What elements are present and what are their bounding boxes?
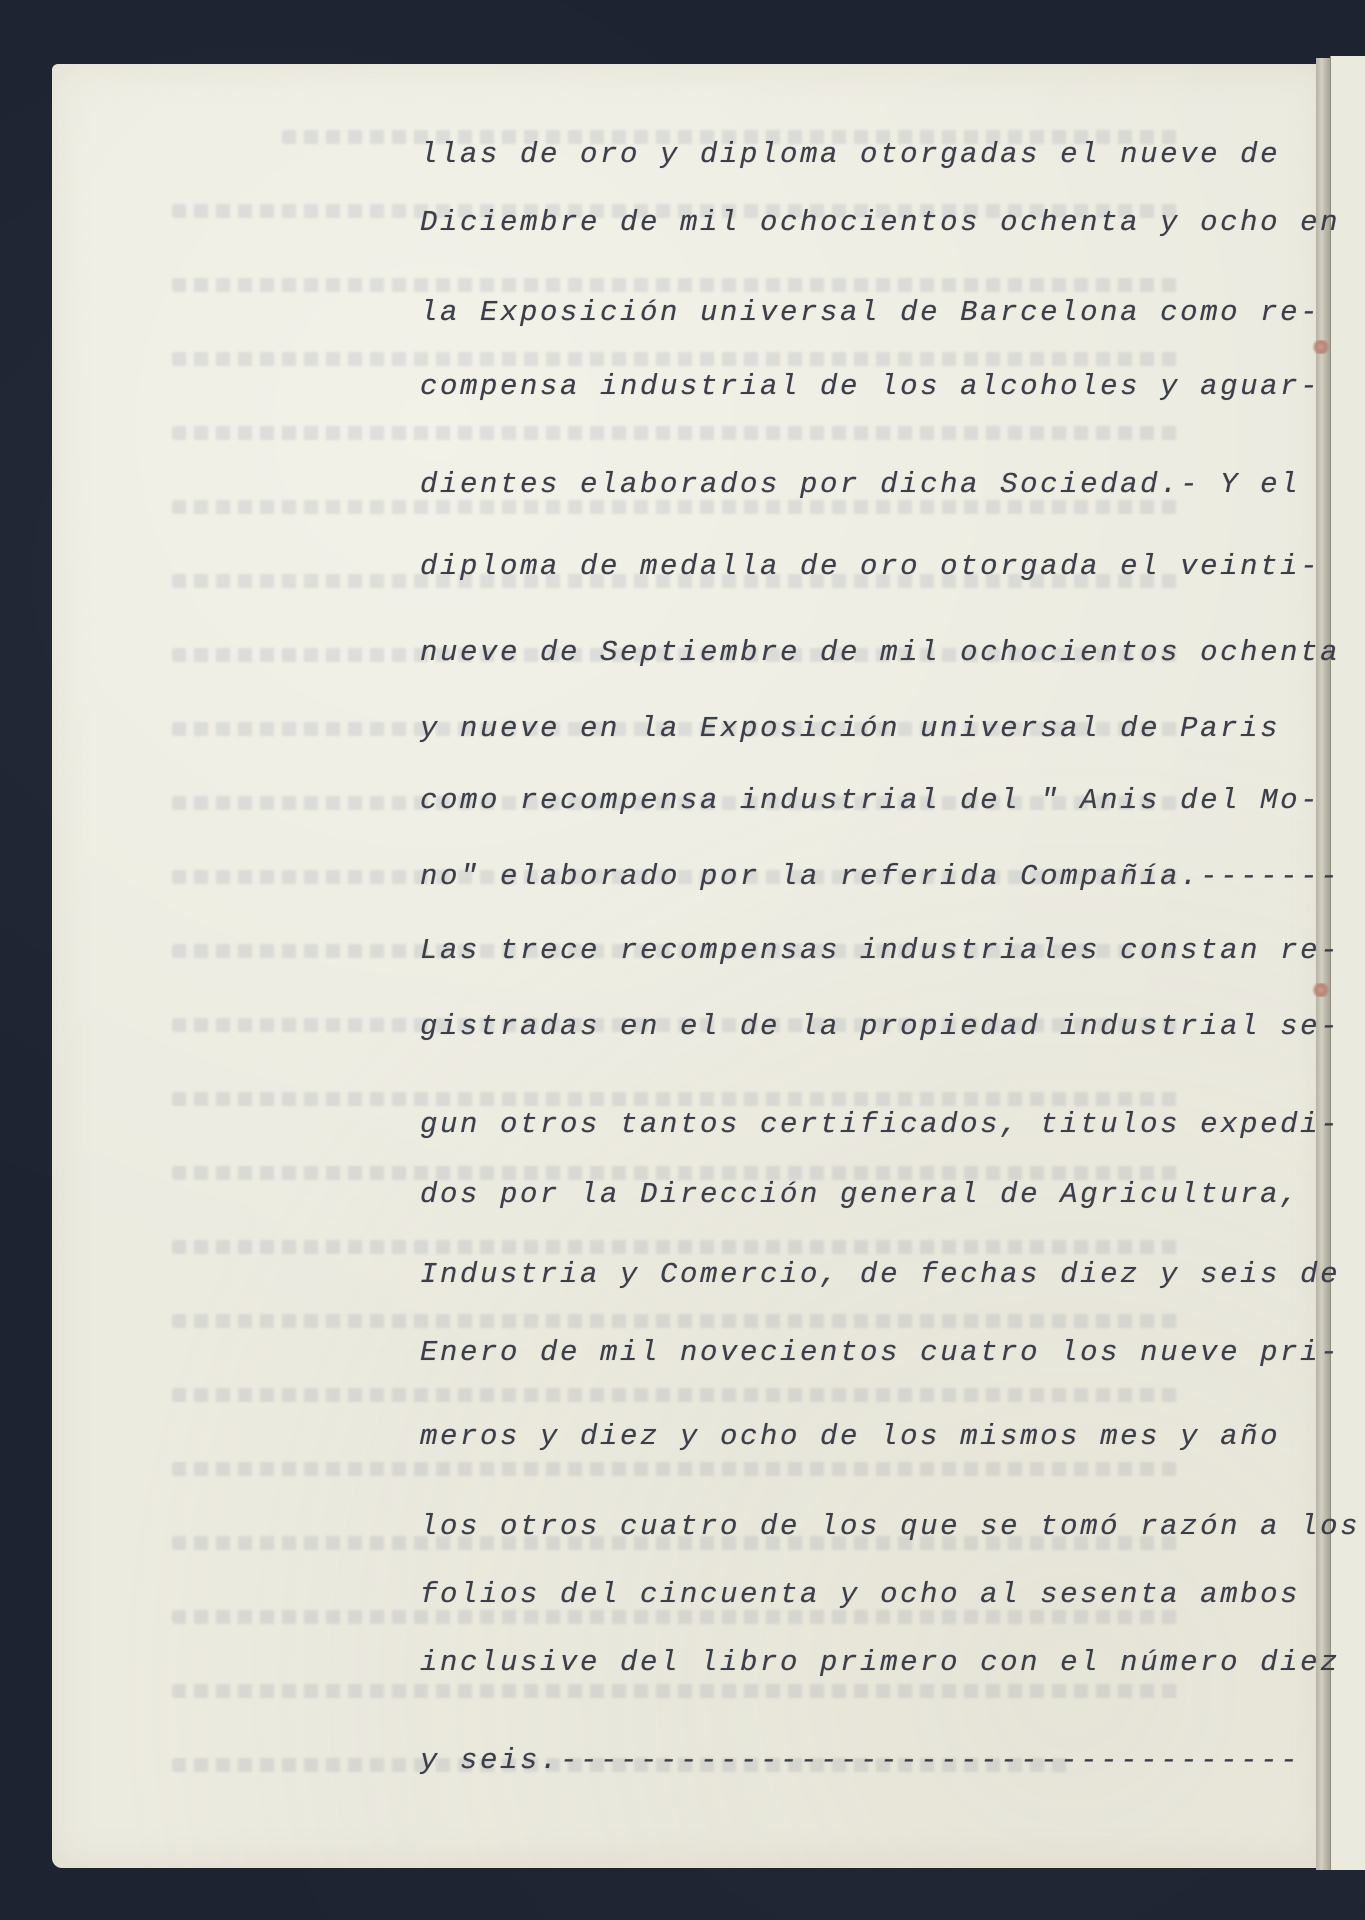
text-line: compensa industrial de los alcoholes y a… (420, 372, 1320, 401)
text-line: gun otros tantos certificados, titulos e… (420, 1110, 1340, 1139)
text-line: dientes elaborados por dicha Sociedad.- … (420, 470, 1300, 499)
binding-staple (1310, 340, 1332, 354)
text-line: y nueve en la Exposición universal de Pa… (420, 714, 1280, 743)
text-line: Enero de mil novecientos cuatro los nuev… (420, 1338, 1340, 1367)
text-line: Industria y Comercio, de fechas diez y s… (420, 1260, 1340, 1289)
binding-staple (1310, 983, 1332, 997)
text-line: no" elaborado por la referida Compañía.-… (420, 862, 1340, 891)
text-line: folios del cincuenta y ocho al sesenta a… (420, 1580, 1300, 1609)
text-line: Las trece recompensas industriales const… (420, 936, 1340, 965)
text-line: Diciembre de mil ochocientos ochenta y o… (420, 208, 1340, 237)
text-line: llas de oro y diploma otorgadas el nueve… (420, 140, 1280, 169)
text-line: dos por la Dirección general de Agricult… (420, 1180, 1300, 1209)
text-line: y seis.---------------------------------… (420, 1746, 1300, 1775)
text-line: diploma de medalla de oro otorgada el ve… (420, 552, 1320, 581)
text-line: nueve de Septiembre de mil ochocientos o… (420, 638, 1340, 667)
text-line: los otros cuatro de los que se tomó razó… (420, 1512, 1360, 1541)
text-line: gistradas en el de la propiedad industri… (420, 1012, 1340, 1041)
text-line: meros y diez y ocho de los mismos mes y … (420, 1422, 1280, 1451)
text-line: inclusive del libro primero con el númer… (420, 1648, 1340, 1677)
text-line: como recompensa industrial del " Anis de… (420, 786, 1320, 815)
text-line: la Exposición universal de Barcelona com… (420, 298, 1320, 327)
